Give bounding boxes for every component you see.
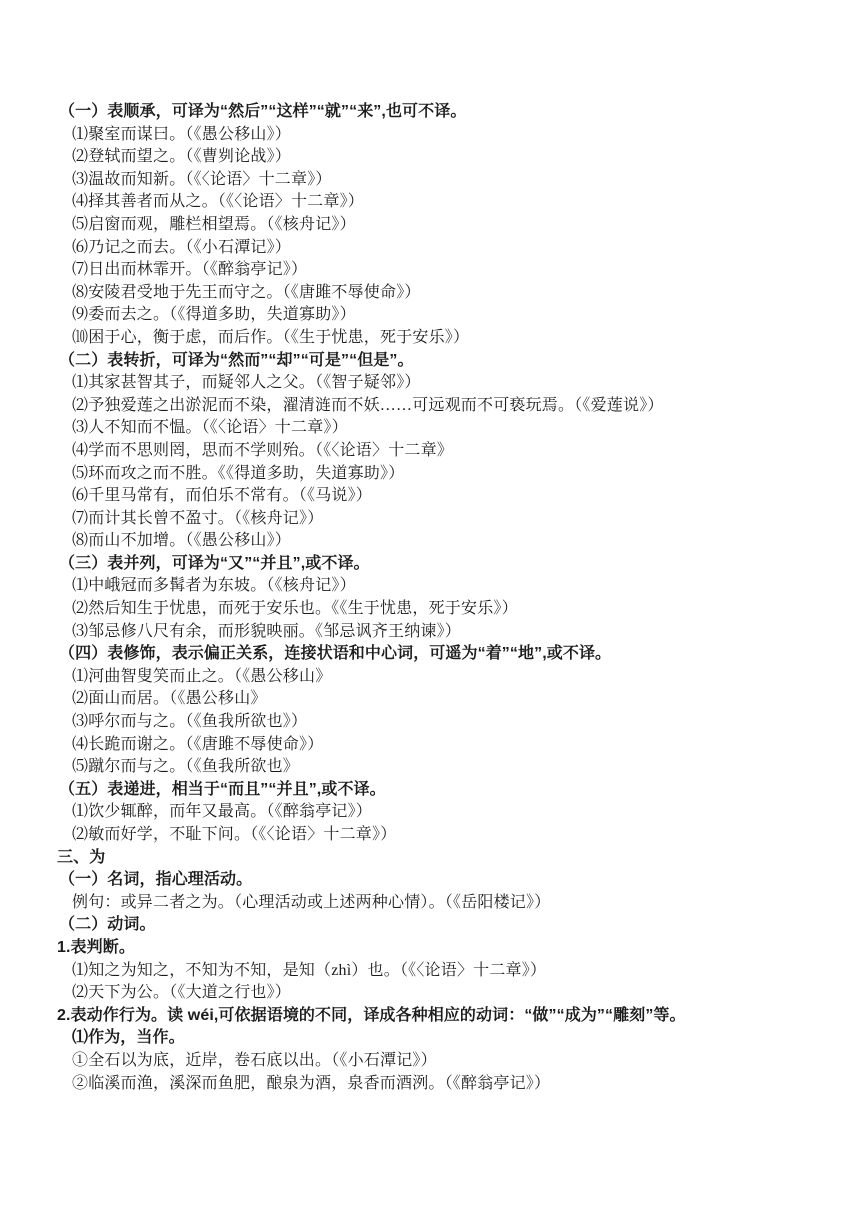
document-text-line: ⑴其家甚智其子，而疑邻人之父。（《智子疑邻》） [0,372,860,395]
document-text-line: ⑴饮少辄醉，而年又最高。（《醉翁亭记》） [0,801,860,824]
document-text-line: ⑼委而去之。（《得道多助，失道寡助》） [0,304,860,327]
document-text-line: ⑻安陵君受地于先王而守之。（《唐雎不辱使命》） [0,282,860,305]
document-text-line: ⑷择其善者而从之。（《〈论语〉十二章》） [0,191,860,214]
document-text-line: ⑵然后知生于忧患，而死于安乐也。《《生于忧患，死于安乐》） [0,598,860,621]
document-text-line: ⑶人不知而不愠。（《〈论语〉十二章》） [0,417,860,440]
document-page: （一）表顺承，可译为“然后”“这样”“就”“来”,也可不译。⑴聚室而谋曰。（《愚… [0,0,860,1216]
document-text-line: ⑹千里马常有，而伯乐不常有。（《马说》） [0,485,860,508]
document-text-line: ⑵予独爱莲之出淤泥而不染，濯清涟而不妖……可远观而不可亵玩焉。（《爱莲说》） [0,395,860,418]
document-text-line: ⑶邹忌修八尺有余，而形貌映丽。《邹忌讽齐王纳谏》） [0,621,860,644]
document-heading-line: （一）表顺承，可译为“然后”“这样”“就”“来”,也可不译。 [0,101,860,124]
document-text-line: ⑸蹴尔而与之。（《鱼我所欲也》 [0,756,860,779]
document-text-line: ⑵登轼而望之。（《曹刿论战》） [0,146,860,169]
document-text-line: ⑶温故而知新。（《〈论语〉十二章》） [0,169,860,192]
document-heading-line: 1.表判断。 [0,937,860,960]
document-heading-line: （二）动词。 [0,914,860,937]
document-heading-line: 三、为 [0,847,860,870]
document-heading-line: （五）表递进，相当于“而且”“并且”,或不译。 [0,779,860,802]
document-text-line: ⑽困于心，衡于虑，而后作。（《生于忧患，死于安乐》） [0,327,860,350]
document-body: （一）表顺承，可译为“然后”“这样”“就”“来”,也可不译。⑴聚室而谋曰。（《愚… [0,0,860,1095]
document-text-line: ⑵面山而居。（《愚公移山》 [0,688,860,711]
document-heading-line: （三）表并列，可译为“又”“并且”,或不译。 [0,553,860,576]
document-text-line: ⑷学而不思则罔，思而不学则殆。（《〈论语〉十二章》 [0,440,860,463]
document-heading-line: （一）名词，指心理活动。 [0,869,860,892]
document-text-line: ⑺而计其长曾不盈寸。（《核舟记》） [0,508,860,531]
document-text-line: ⑻而山不加增。（《愚公移山》） [0,530,860,553]
document-text-line: ⑸环而攻之而不胜。《《得道多助，失道寡助》） [0,463,860,486]
document-text-line: ⑹乃记之而去。（《小石潭记》） [0,237,860,260]
document-heading-line: （四）表修饰，表示偏正关系，连接状语和中心词，可遥为“着”“地”,或不译。 [0,643,860,666]
document-text-line: ⑺日出而林霏开。（《醉翁亭记》） [0,259,860,282]
document-text-line: ⑵天下为公。（《大道之行也》） [0,982,860,1005]
document-text-line: ①全石以为底，近岸，卷石底以出。（《小石潭记》） [0,1050,860,1073]
document-heading-line: （二）表转折，可译为“然而”“却”“可是”“但是”。 [0,350,860,373]
document-heading-line: ⑴作为，当作。 [0,1027,860,1050]
document-text-line: ⑷长跪而谢之。（《唐雎不辱使命》） [0,734,860,757]
document-text-line: ⑸启窗而观，雕栏相望焉。（《核舟记》） [0,214,860,237]
document-text-line: ⑴中峨冠而多髯者为东坡。（《核舟记》） [0,575,860,598]
document-text-line: ⑴知之为知之，不知为不知，是知（zhì）也。（《〈论语〉十二章》） [0,960,860,983]
document-text-line: ⑵敏而好学，不耻下问。（《〈论语〉十二章》） [0,824,860,847]
document-text-line: 例句：或异二者之为。（心理活动或上述两种心情）。（《岳阳楼记》） [0,892,860,915]
document-heading-line: 2.表动作行为。读 wéi,可依据语境的不同，译成各种相应的动词：“做”“成为”… [0,1005,860,1028]
document-text-line: ②临溪而渔，溪深而鱼肥，酿泉为酒，泉香而酒洌。（《醉翁亭记》） [0,1073,860,1096]
document-text-line: ⑶呼尔而与之。（《鱼我所欲也》） [0,711,860,734]
document-text-line: ⑴聚室而谋曰。（《愚公移山》） [0,124,860,147]
document-text-line: ⑴河曲智叟笑而止之。（《愚公移山》 [0,666,860,689]
